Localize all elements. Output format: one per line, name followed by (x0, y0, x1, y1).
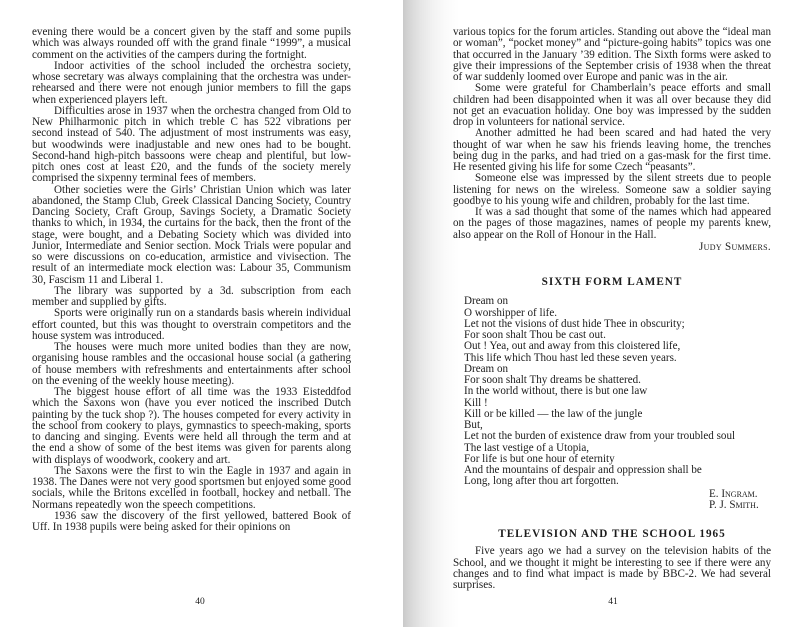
article-author: Judy Summers. (453, 242, 771, 253)
paragraph: It was a sad thought that some of the na… (453, 207, 771, 241)
poem-title: SIXTH FORM LAMENT (453, 277, 771, 288)
paragraph: various topics for the forum articles. S… (453, 27, 771, 83)
paragraph: Sports were originally run on a standard… (32, 308, 351, 342)
paragraph: 1936 saw the discovery of the first yell… (32, 511, 351, 534)
right-page: various topics for the forum articles. S… (403, 0, 805, 627)
paragraph: Another admitted he had been scared and … (453, 128, 771, 173)
paragraph: Someone else was impressed by the silent… (453, 173, 771, 207)
paragraph: Indoor activities of the school included… (32, 61, 351, 106)
paragraph: The Saxons were the first to win the Eag… (32, 466, 351, 511)
book-spread: evening there would be a concert given b… (0, 0, 805, 627)
poem: Dream onO worshipper of life.Let not the… (464, 296, 771, 487)
paragraph: The houses were much more united bodies … (32, 342, 351, 387)
poem-line: Kill or be killed — the law of the jungl… (464, 409, 771, 420)
right-page-text: various topics for the forum articles. S… (453, 27, 771, 591)
paragraph: The library was supported by a 3d. subsc… (32, 286, 351, 309)
poem-line: In the world without, there is but one l… (464, 386, 771, 397)
section-title: TELEVISION AND THE SCHOOL 1965 (453, 529, 771, 540)
paragraph: Difficulties arose in 1937 when the orch… (32, 106, 351, 185)
poem-line: Let not the burden of existence draw fro… (464, 431, 771, 442)
page-number: 40 (180, 597, 220, 607)
poem-line: This life which Thou hast led these seve… (464, 353, 771, 364)
paragraph: The biggest house effort of all time was… (32, 387, 351, 466)
page-number: 41 (593, 597, 633, 607)
paragraph: Five years ago we had a survey on the te… (453, 546, 771, 591)
poem-line: Long, long after thou art forgotten. (464, 476, 771, 487)
poem-authors: E. Ingram. P. J. Smith. (453, 489, 771, 512)
poem-line: Out ! Yea, out and away from this cloist… (464, 341, 771, 352)
left-page: evening there would be a concert given b… (0, 0, 403, 627)
paragraph: Some were grateful for Chamberlain’s pea… (453, 83, 771, 128)
left-page-text: evening there would be a concert given b… (32, 27, 351, 533)
paragraph: Other societies were the Girls’ Christia… (32, 185, 351, 286)
poem-author: P. J. Smith. (709, 500, 771, 511)
poem-line: Dream on (464, 296, 771, 307)
paragraph: evening there would be a concert given b… (32, 27, 351, 61)
